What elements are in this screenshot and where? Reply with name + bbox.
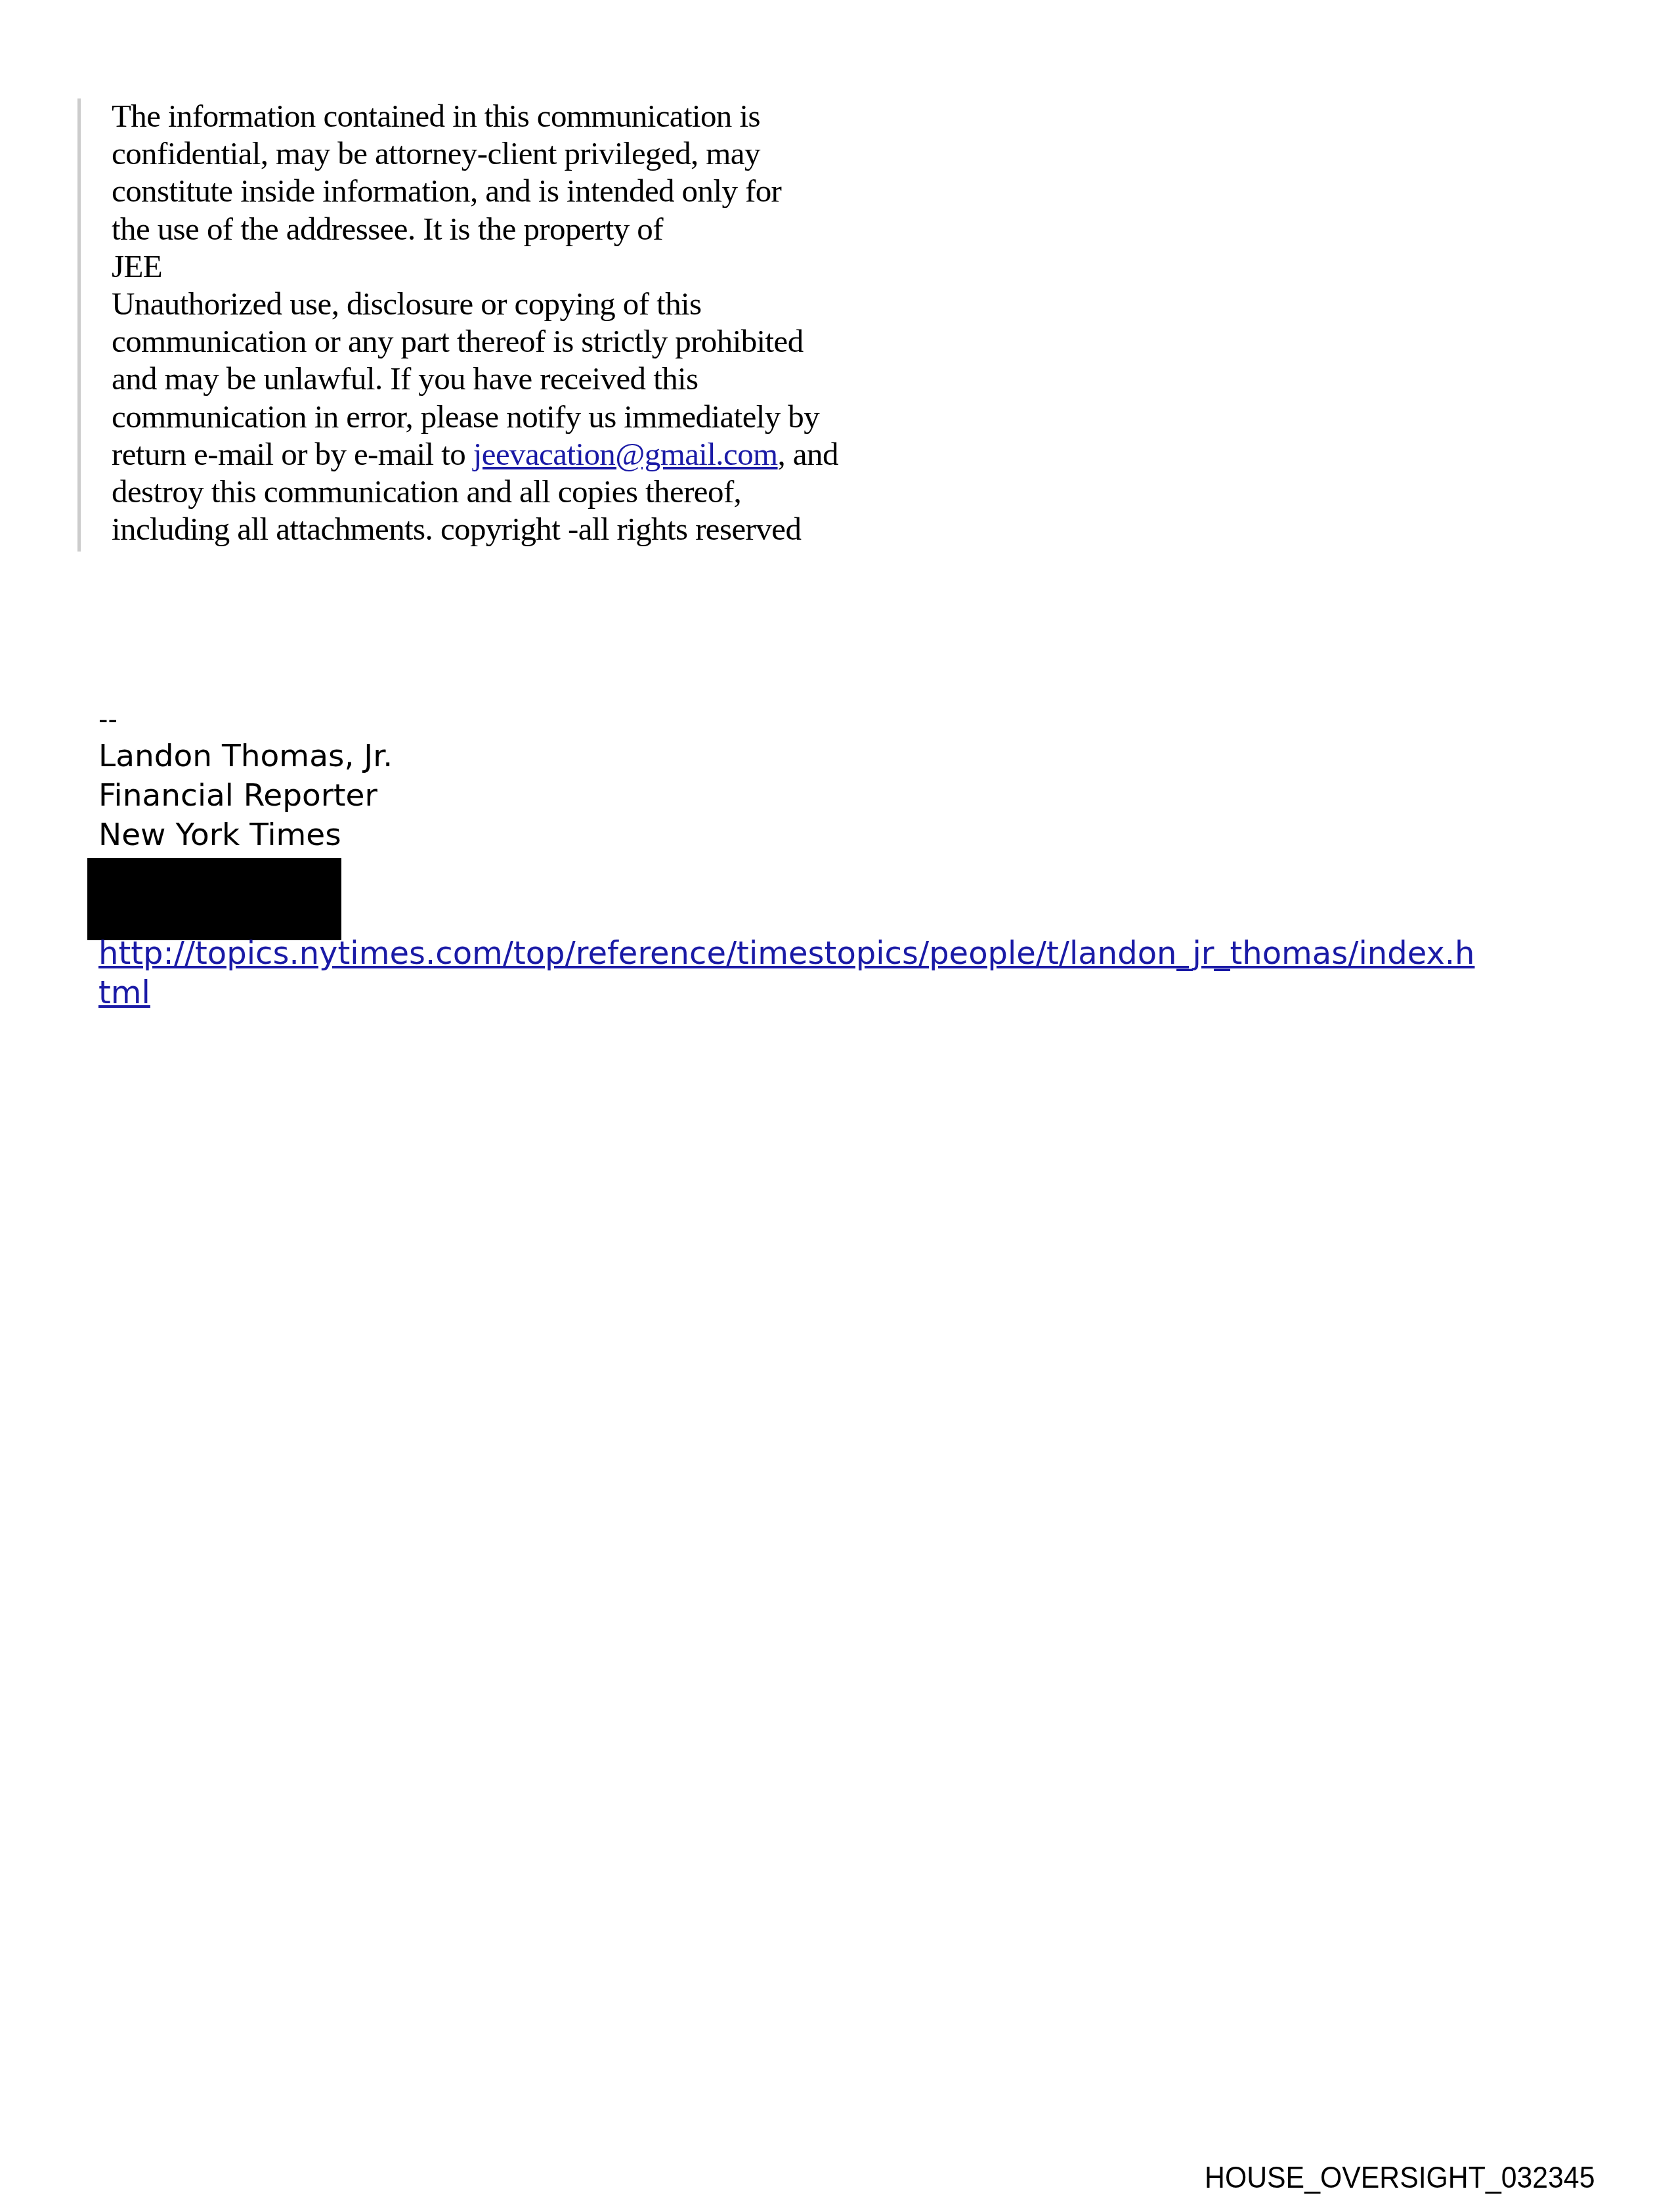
- signature-title: Financial Reporter: [98, 776, 393, 815]
- disclaimer-email-line: return e-mail or by e-mail to jeevacatio…: [112, 435, 932, 473]
- url-line: http://topics.nytimes.com/top/reference/…: [98, 934, 1589, 973]
- disclaimer-line: the use of the addressee. It is the prop…: [112, 210, 932, 248]
- confidentiality-disclaimer: The information contained in this commun…: [112, 97, 932, 548]
- disclaimer-line: destroy this communication and all copie…: [112, 473, 932, 510]
- profile-url-link[interactable]: http://topics.nytimes.com/top/reference/…: [98, 934, 1589, 1012]
- disclaimer-line: Unauthorized use, disclosure or copying …: [112, 285, 932, 322]
- email-line-suffix: , and: [778, 436, 838, 472]
- url-line: tml: [98, 973, 1589, 1012]
- email-signature: -- Landon Thomas, Jr. Financial Reporter…: [98, 704, 393, 855]
- email-link[interactable]: jeevacation@gmail.com: [473, 436, 778, 472]
- disclaimer-line: and may be unlawful. If you have receive…: [112, 360, 932, 397]
- redaction-box: [87, 858, 341, 940]
- disclaimer-line: JEE: [112, 248, 932, 285]
- disclaimer-line: communication or any part thereof is str…: [112, 322, 932, 360]
- signature-name: Landon Thomas, Jr.: [98, 737, 393, 776]
- disclaimer-line: The information contained in this commun…: [112, 97, 932, 135]
- disclaimer-line: including all attachments. copyright -al…: [112, 510, 932, 548]
- disclaimer-line: communication in error, please notify us…: [112, 398, 932, 435]
- disclaimer-line: constitute inside information, and is in…: [112, 172, 932, 209]
- signature-separator: --: [98, 704, 393, 737]
- disclaimer-line: confidential, may be attorney-client pri…: [112, 135, 932, 172]
- bates-number: HOUSE_OVERSIGHT_032345: [1205, 2160, 1595, 2194]
- signature-organization: New York Times: [98, 815, 393, 855]
- email-line-prefix: return e-mail or by e-mail to: [112, 436, 473, 472]
- quote-bar: [77, 98, 81, 552]
